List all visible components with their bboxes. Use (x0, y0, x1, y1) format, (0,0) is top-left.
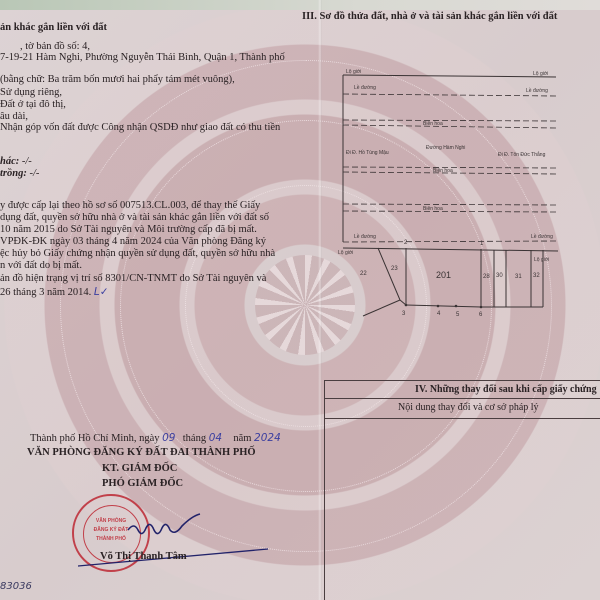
sign-year: 2024 (254, 432, 281, 444)
note-line: 26 tháng 3 năm 2014. L✓ (0, 286, 109, 299)
note-line: VPĐK-ĐK ngày 03 tháng 4 năm 2024 của Văn… (0, 236, 266, 248)
label-bien-hoa: Biên hoa (423, 206, 443, 212)
background-edge (0, 0, 600, 10)
label-lo-gioi: Lộ giới (533, 71, 548, 77)
trees-row: trồng: -/- (0, 168, 39, 180)
other-assets-label: hác: (0, 156, 19, 167)
on-behalf-title: KT. GIÁM ĐỐC (102, 463, 177, 475)
land-parcel-diagram: Lộ giới Lộ giới Lề đường Lề đường Biên h… (338, 62, 568, 322)
label-le-duong: Lề đường (526, 88, 548, 94)
section-4-table: IV. Những thay đổi sau khi cấp giấy chứn… (324, 380, 600, 600)
note-line: n với đất do bị mất. (0, 260, 82, 272)
parcel-28: 28 (483, 274, 490, 280)
other-assets-value: -/- (22, 156, 32, 167)
parcel-32: 32 (533, 273, 540, 279)
issuing-office: VĂN PHÒNG ĐĂNG KÝ ĐẤT ĐAI THÀNH PHỐ (27, 447, 256, 459)
checkmark-icon: L✓ (94, 286, 109, 298)
sign-day: 09 (162, 432, 180, 444)
section-4-title: IV. Những thay đổi sau khi cấp giấy chứn… (415, 384, 597, 395)
signer-name: Võ Thị Thanh Tâm (100, 551, 187, 563)
label-bien-hoa: Biên hoa (423, 121, 443, 127)
month-label: tháng (183, 433, 206, 444)
section-4-header: IV. Những thay đổi sau khi cấp giấy chứn… (325, 381, 600, 399)
section-4-column-label: Nội dung thay đổi và cơ sở pháp lý (398, 402, 539, 413)
sign-month: 04 (209, 432, 231, 444)
label-street-main: Đường Hàm Nghi (426, 145, 465, 151)
label-lo-gioi: Lộ giới (338, 250, 353, 256)
point-6: 6 (479, 312, 483, 318)
note-line: dụng đất, quyền sở hữu nhà ở và tài sản … (0, 212, 269, 224)
label-le-duong: Lề đường (354, 234, 376, 240)
parcel-31: 31 (515, 274, 522, 280)
label-street-left: Đi Đ. Hồ Tùng Mậu (346, 150, 389, 156)
signer-title: PHÓ GIÁM ĐỐC (102, 478, 183, 490)
note-line: y được cấp lại theo hồ sơ số 007513.CL.0… (0, 200, 260, 212)
parcel-23: 23 (391, 266, 398, 272)
label-lo-gioi: Lộ giới (346, 69, 361, 75)
land-origin: Nhận góp vốn đất được Công nhận QSDĐ như… (0, 122, 280, 134)
trees-value: -/- (29, 168, 39, 179)
label-bien-hoa: Biên hoa (433, 168, 453, 174)
label-le-duong: Lề đường (354, 85, 376, 91)
note-line: 10 năm 2015 do Sở Tài nguyên và Môi trườ… (0, 224, 257, 236)
note-line: ản đồ hiện trạng vị trí số 8301/CN-TNMT … (0, 273, 266, 285)
serial-number: 83036 (0, 581, 32, 592)
section-4-column-header: Nội dung thay đổi và cơ sở pháp lý (325, 398, 600, 419)
trees-label: trồng: (0, 168, 27, 179)
address-line: 7-19-21 Hàm Nghi, Phường Nguyễn Thái Bìn… (0, 52, 285, 64)
other-assets-row: hác: -/- (0, 156, 32, 168)
point-1: 1 (480, 241, 484, 247)
certificate-page: ản khác gắn liền với đất , tờ bản đồ số:… (0, 0, 600, 600)
area-words: (bằng chữ: Ba trăm bốn mươi hai phẩy tám… (0, 74, 235, 86)
point-4: 4 (437, 311, 441, 317)
point-2: 2 (404, 240, 408, 246)
note-line-end: 26 tháng 3 năm 2014. (0, 287, 91, 298)
label-lo-gioi: Lộ giới (534, 257, 549, 263)
usage-form: Sử dụng riêng, (0, 87, 62, 99)
land-purpose: Đất ở tại đô thị, (0, 99, 66, 111)
page-fold (318, 0, 322, 600)
section-3-title: III. Sơ đồ thửa đất, nhà ở và tài sản kh… (302, 11, 557, 23)
label-le-duong: Lề đường (531, 234, 553, 240)
label-street-right: Đi Đ. Tôn Đức Thắng (498, 151, 546, 158)
section-heading: ản khác gắn liền với đất (0, 22, 107, 34)
point-5: 5 (456, 312, 460, 318)
place-date-line: Thành phố Hồ Chí Minh, ngày 09 tháng 04 … (30, 432, 281, 445)
parcel-22: 22 (360, 271, 367, 277)
parcel-30: 30 (496, 273, 503, 279)
parcel-201: 201 (436, 270, 451, 280)
place-date-prefix: Thành phố Hồ Chí Minh, ngày (30, 433, 160, 444)
point-3: 3 (402, 311, 406, 317)
note-line: ệc hủy bỏ Giấy chứng nhận quyền sử dụng … (0, 248, 275, 260)
year-label: năm (233, 433, 251, 444)
